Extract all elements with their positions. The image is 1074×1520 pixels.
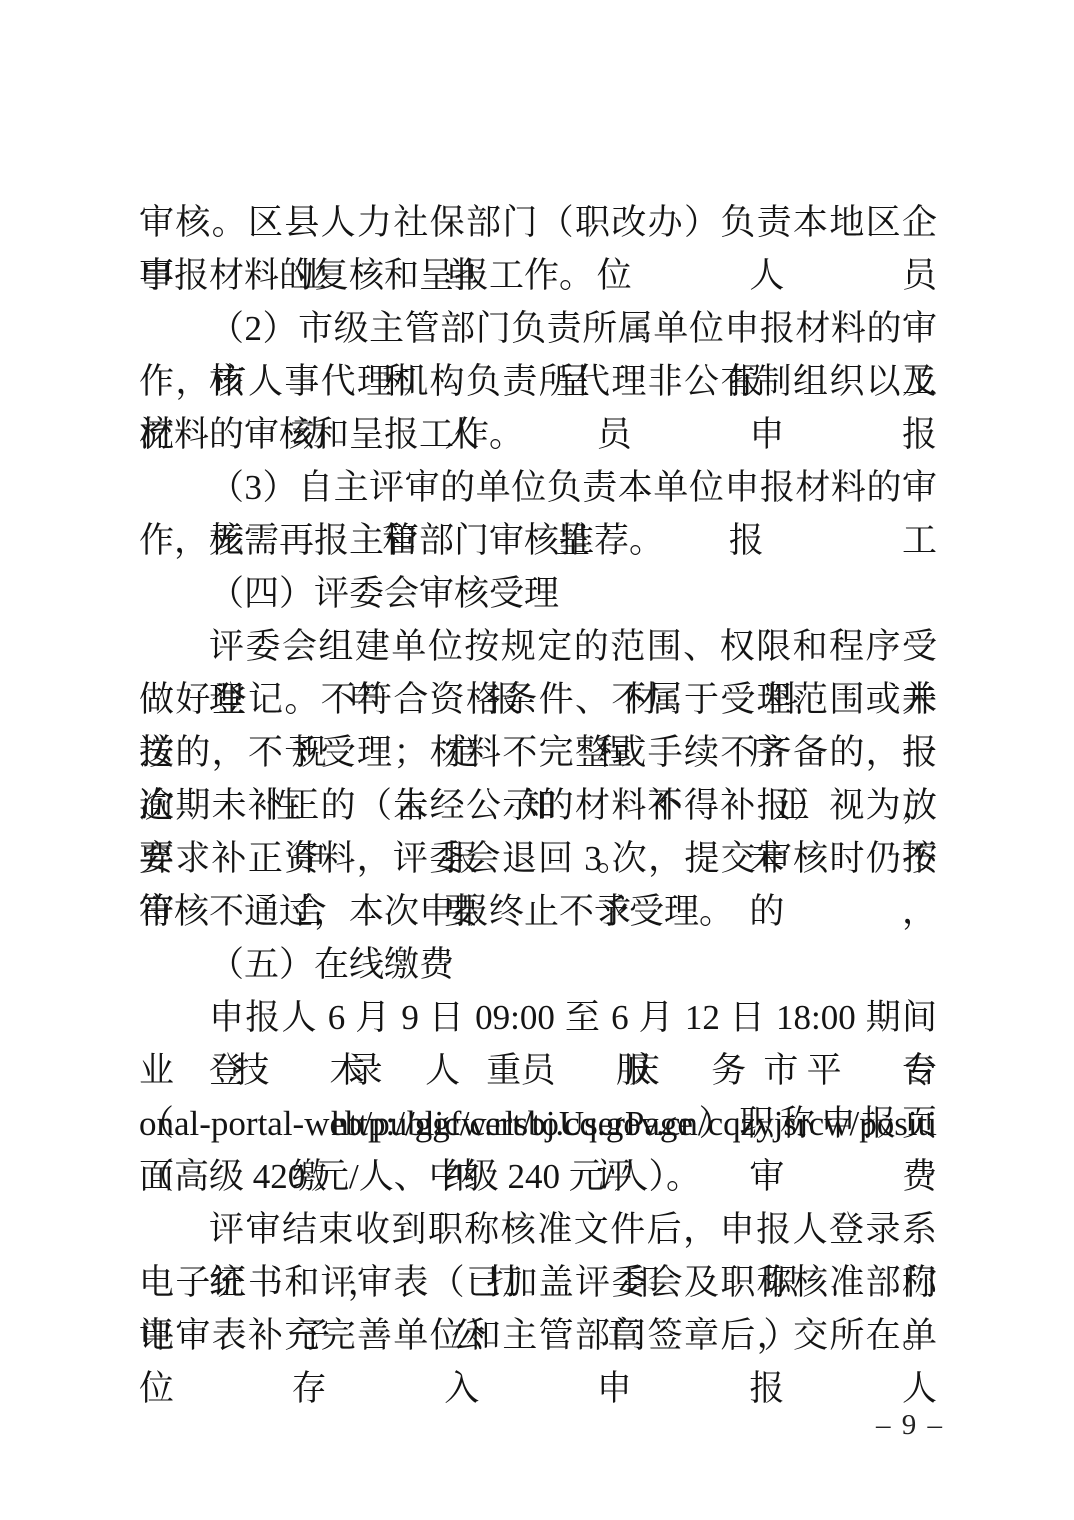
text-line-with-url: onal-portal-web/public/cert/toUserPage）职… — [139, 1097, 937, 1150]
text-line: 作，市人事代理机构负责所代理非公有制组织以及流动人员申报 — [139, 355, 937, 408]
section-heading: （四）评委会审核受理 — [139, 567, 937, 620]
text-line: 评委会组建单位按规定的范围、权限和程序受理申报材料并 — [139, 620, 937, 673]
text-line: 评审结束收到职称核准文件后，申报人登录系统，打印职称 — [139, 1203, 937, 1256]
section-heading: （五）在线缴费 — [139, 938, 937, 991]
document-body: 审核。区县人力社保部门（职改办）负责本地区企事业单位人员 申报材料的复核和呈报工… — [139, 196, 937, 1362]
text-line: 逾期未补正的（未经公示的材料不得补报）视为放弃申报。未按 — [139, 779, 937, 832]
document-page: 审核。区县人力社保部门（职改办）负责本地区企事业单位人员 申报材料的复核和呈报工… — [0, 0, 1074, 1520]
text-line-with-url: 业技术人员服务平台（http://ggfw.rlsbj.cq.gov.cn/cq… — [139, 1044, 937, 1097]
text-line: 电子证书和评审表（已加盖评委会及职称核准部门电子公章）。 — [139, 1256, 937, 1309]
text-line: 申报人 6 月 9 日 09:00 至 6 月 12 日 18:00 期间登录重… — [139, 991, 937, 1044]
text-line: 评审表补充完善单位和主管部门签章后，交所在单位存入申报人 — [139, 1309, 937, 1362]
text-line: 做好登记。不符合资格条件、不属于受理范围或未按规定程序报 — [139, 673, 937, 726]
text-line: 送的，不予受理；材料不完整或手续不齐备的，一次性告知补正， — [139, 726, 937, 779]
text-line: （3）自主评审的单位负责本单位申报材料的审核和呈报工 — [139, 461, 937, 514]
page-number: – 9 – — [860, 1408, 960, 1442]
text-line: 要求补正资料，评委会退回 3 次，提交审核时仍不符合要求的， — [139, 832, 937, 885]
text-line: 审核。区县人力社保部门（职改办）负责本地区企事业单位人员 — [139, 196, 937, 249]
text-line: （2）市级主管部门负责所属单位申报材料的审核和呈报工 — [139, 302, 937, 355]
